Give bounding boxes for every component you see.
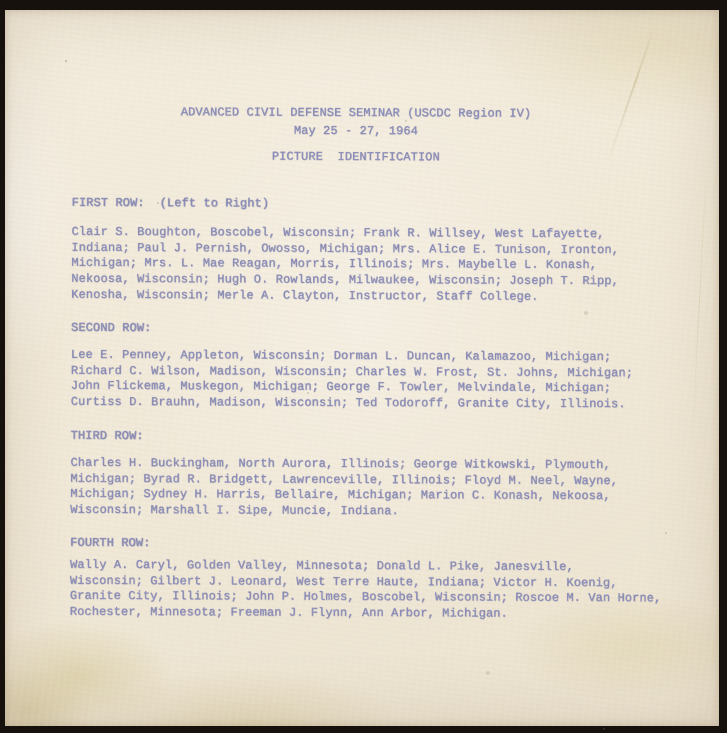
section-paragraph: Wally A. Caryl, Golden Valley, Minnesota…	[70, 558, 662, 623]
section-heading-label: FIRST ROW:	[72, 196, 145, 210]
section-heading: THIRD ROW:	[71, 429, 144, 443]
document-date: May 25 - 27, 1964	[0, 122, 713, 139]
row-sections: FIRST ROW:(Left to Right)Clair S. Bought…	[5, 8, 719, 11]
paragraph-line: Curtiss D. Brauhn, Madison, Wisconsin; T…	[71, 395, 633, 413]
paragraph-line: Kenosha, Wisconsin; Merle A. Clayton, In…	[71, 287, 619, 305]
paragraph-line: Wisconsin; Marshall I. Sipe, Muncie, Ind…	[70, 503, 618, 521]
section-heading: SECOND ROW:	[71, 321, 151, 335]
scanned-page: ADVANCED CIVIL DEFENSE SEMINAR (USCDC Re…	[5, 10, 719, 726]
section-paragraph: Clair S. Boughton, Boscobel, Wisconsin; …	[71, 225, 619, 306]
paragraph-line: Rochester, Minnesota; Freeman J. Flynn, …	[70, 605, 661, 623]
section-heading-note: (Left to Right)	[160, 196, 270, 210]
section-heading: FOURTH ROW:	[70, 536, 150, 550]
document-content: ADVANCED CIVIL DEFENSE SEMINAR (USCDC Re…	[2, 8, 719, 727]
section-heading: FIRST ROW:(Left to Right)	[72, 196, 270, 211]
section-heading-label: FOURTH ROW:	[70, 536, 150, 550]
scan-frame: ADVANCED CIVIL DEFENSE SEMINAR (USCDC Re…	[0, 0, 727, 733]
section-heading-label: THIRD ROW:	[71, 429, 144, 443]
section-paragraph: Lee E. Penney, Appleton, Wisconsin; Dorm…	[71, 348, 633, 413]
section-paragraph: Charles H. Buckingham, North Aurora, Ill…	[70, 456, 618, 521]
document-title: ADVANCED CIVIL DEFENSE SEMINAR (USCDC Re…	[0, 104, 713, 121]
section-heading-label: SECOND ROW:	[71, 321, 151, 335]
document-subtitle: PICTURE IDENTIFICATION	[0, 148, 713, 165]
